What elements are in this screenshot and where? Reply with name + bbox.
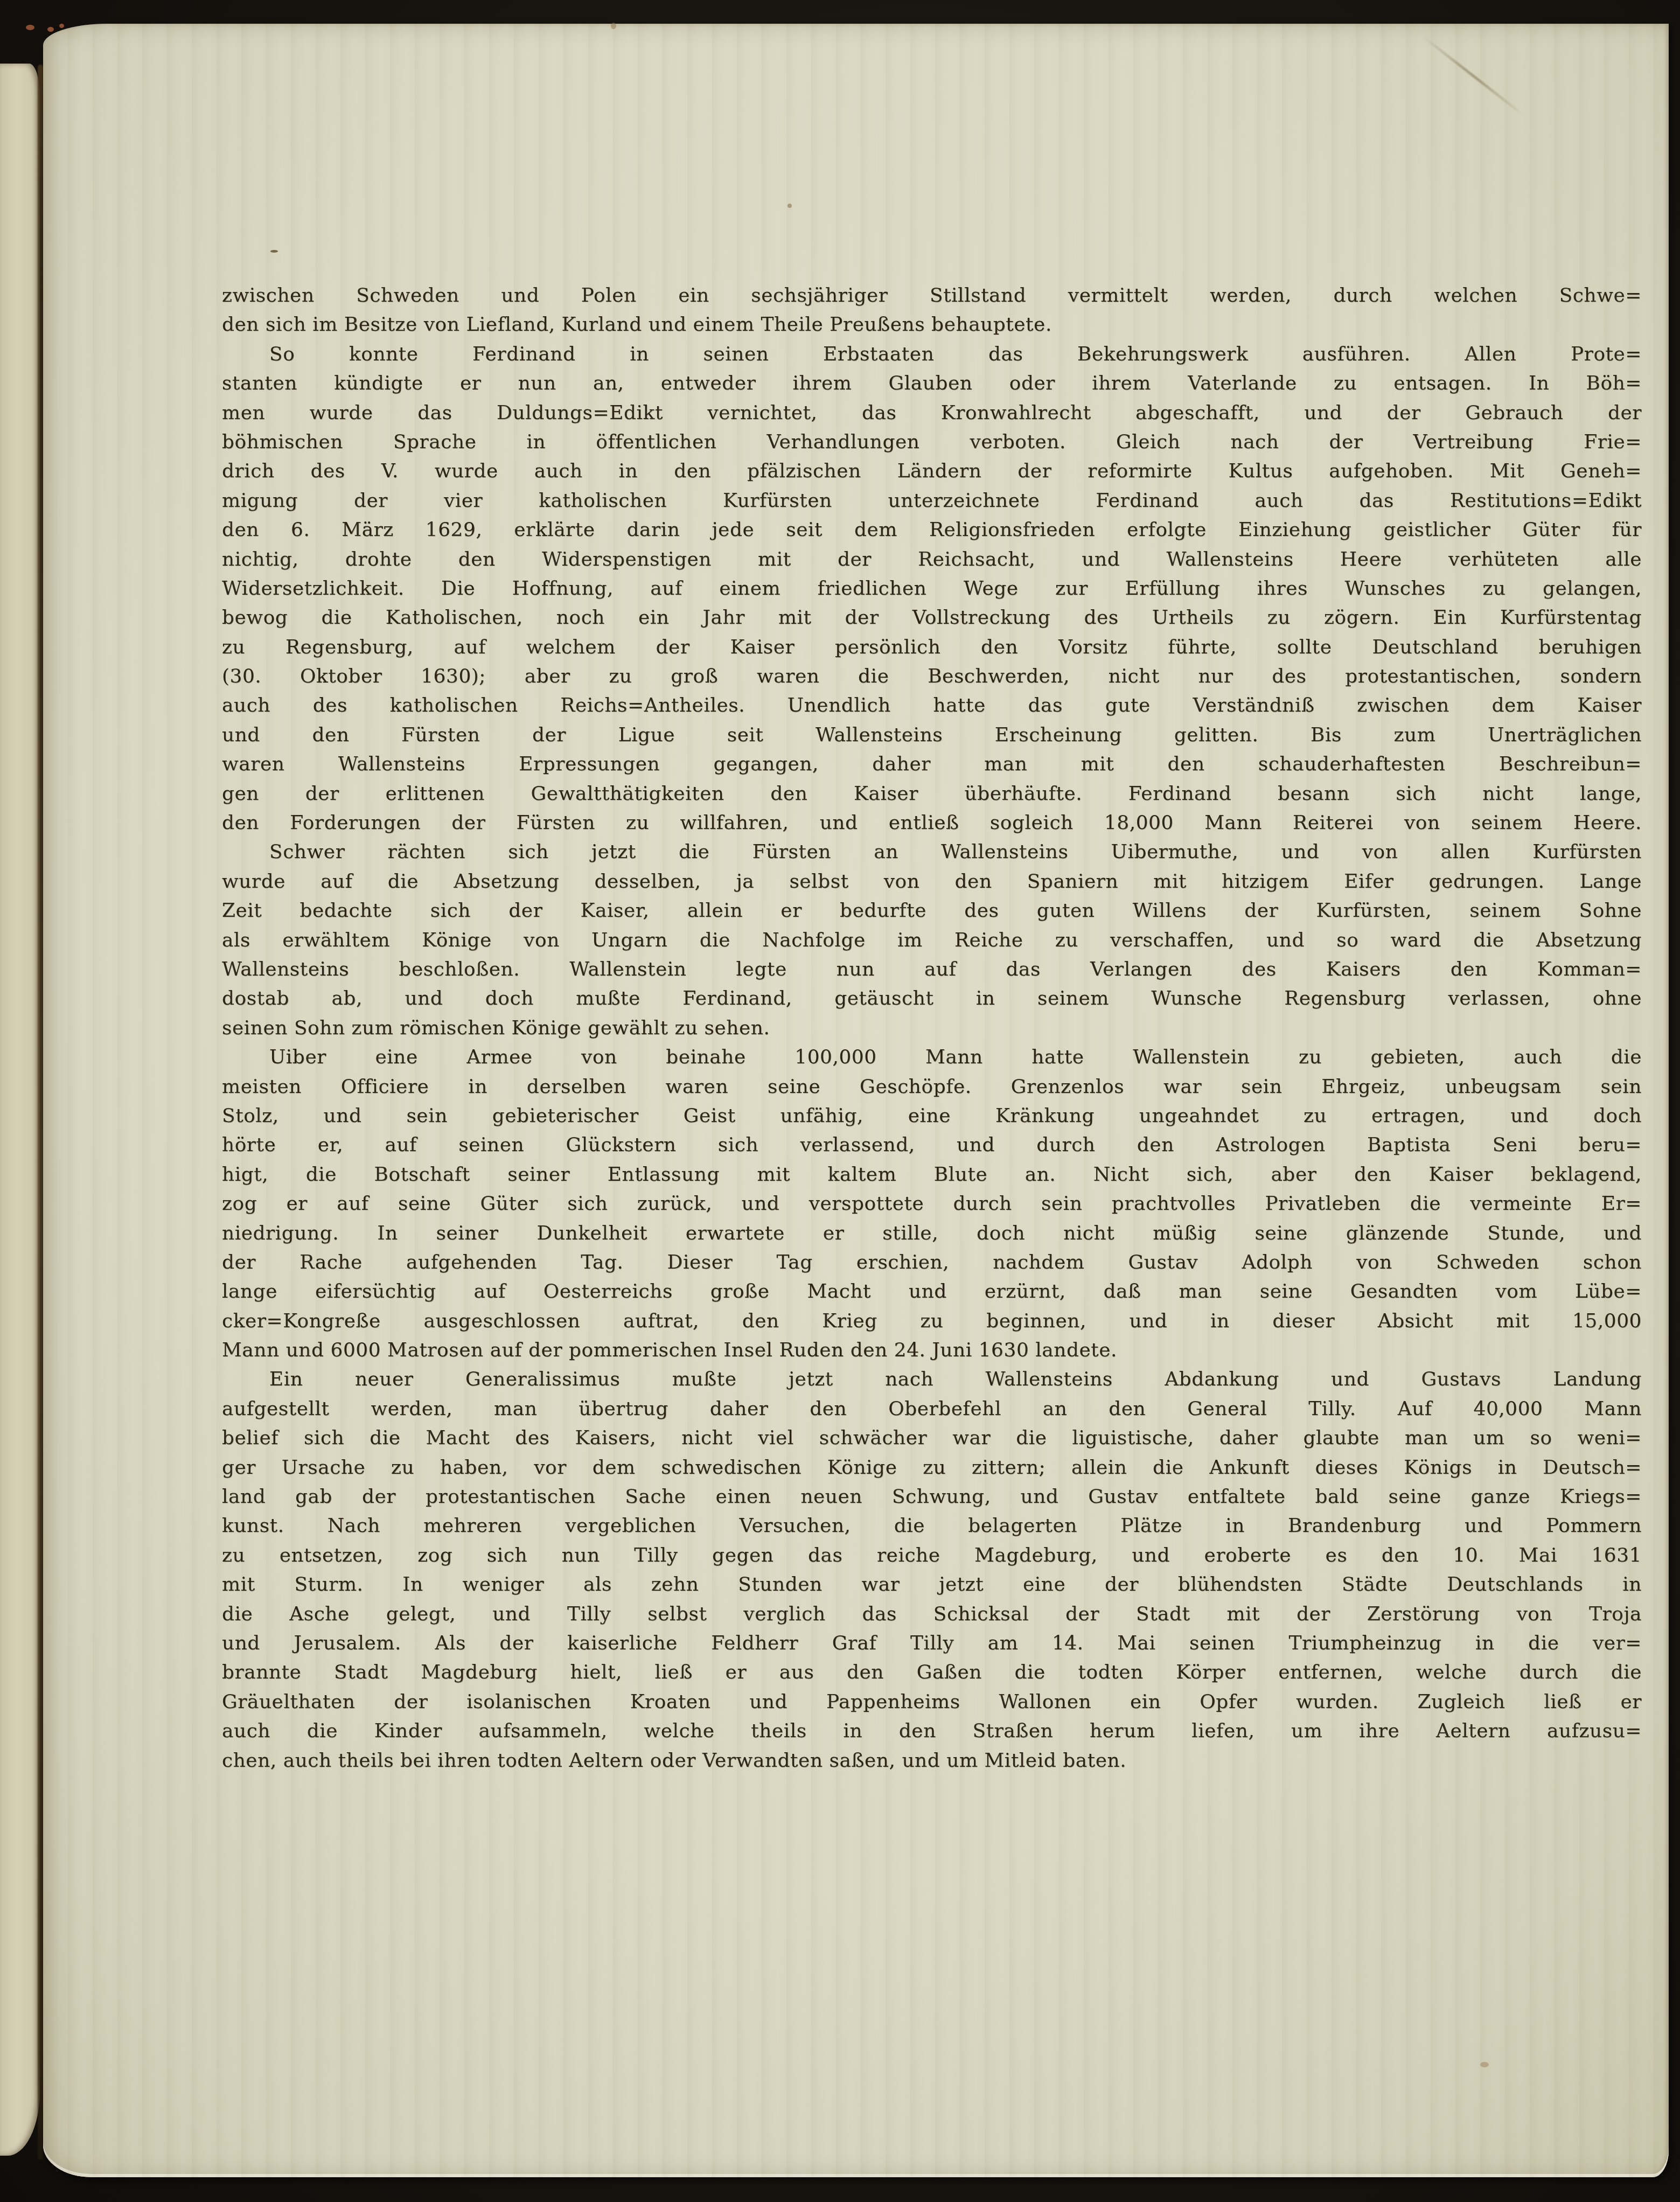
text-line: (30. Oktober 1630); aber zu groß waren d… — [222, 662, 1642, 691]
text-line: So konnte Ferdinand in seinen Erbstaaten… — [222, 340, 1642, 369]
text-line: kunst. Nach mehreren vergeblichen Versuc… — [222, 1511, 1642, 1541]
text-line: gen der erlittenen Gewaltthätigkeiten de… — [222, 779, 1642, 809]
text-line: Stolz, und sein gebieterischer Geist unf… — [222, 1102, 1642, 1131]
text-line: hörte er, auf seinen Glückstern sich ver… — [222, 1131, 1642, 1160]
text-line: Zeit bedachte sich der Kaiser, allein er… — [222, 896, 1642, 925]
text-line: aufgestellt werden, man übertrug daher d… — [222, 1395, 1642, 1424]
text-line: den 6. März 1629, erklärte darin jede se… — [222, 515, 1642, 545]
text-line: zu entsetzen, zog sich nun Tilly gegen d… — [222, 1541, 1642, 1570]
text-line: Widersetzlichkeit. Die Hoffnung, auf ein… — [222, 574, 1642, 603]
text-line: meisten Officiere in derselben waren sei… — [222, 1072, 1642, 1102]
text-line: zwischen Schweden und Polen ein sechsjäh… — [222, 281, 1642, 310]
book-page: zwischen Schweden und Polen ein sechsjäh… — [43, 24, 1669, 2177]
scanned-book-photo: zwischen Schweden und Polen ein sechsjäh… — [0, 0, 1680, 2202]
paper-speck — [1480, 2062, 1489, 2067]
text-line: Gräuelthaten der isolanischen Kroaten un… — [222, 1688, 1642, 1717]
text-line: Ein neuer Generalissimus mußte jetzt nac… — [222, 1365, 1642, 1394]
paper-speck — [787, 204, 792, 208]
text-line: auch die Kinder aufsammeln, welche theil… — [222, 1717, 1642, 1746]
paper-speck — [270, 250, 278, 253]
paper-speck — [611, 23, 616, 29]
text-line: zog er auf seine Güter sich zurück, und … — [222, 1189, 1642, 1218]
text-line: migung der vier katholischen Kurfürsten … — [222, 486, 1642, 515]
text-line: als erwähltem Könige von Ungarn die Nach… — [222, 926, 1642, 955]
text-line: den sich im Besitze von Liefland, Kurlan… — [222, 310, 1642, 339]
binding-stitch-speck — [59, 24, 64, 28]
text-line: die Asche gelegt, und Tilly selbst vergl… — [222, 1600, 1642, 1629]
text-block: zwischen Schweden und Polen ein sechsjäh… — [222, 281, 1642, 1775]
text-line: cker=Kongreße ausgeschlossen auftrat, de… — [222, 1307, 1642, 1336]
text-line: Schwer rächten sich jetzt die Fürsten an… — [222, 838, 1642, 867]
corner-crease-mark — [1421, 35, 1524, 117]
text-line: waren Wallensteins Erpressungen gegangen… — [222, 750, 1642, 779]
text-line: higt, die Botschaft seiner Entlassung mi… — [222, 1160, 1642, 1189]
text-line: chen, auch theils bei ihren todten Aelte… — [222, 1746, 1642, 1775]
text-line: Wallensteins beschloßen. Wallenstein leg… — [222, 955, 1642, 984]
book-gutter-shadow — [38, 65, 43, 2160]
text-line: mit Sturm. In weniger als zehn Stunden w… — [222, 1570, 1642, 1599]
text-line: drich des V. wurde auch in den pfälzisch… — [222, 457, 1642, 486]
text-line: bewog die Katholischen, noch ein Jahr mi… — [222, 603, 1642, 632]
text-line: den Forderungen der Fürsten zu willfahre… — [222, 809, 1642, 838]
text-line: und den Fürsten der Ligue seit Wallenste… — [222, 721, 1642, 750]
binding-stitch-speck — [47, 27, 54, 32]
text-line: und Jerusalem. Als der kaiserliche Feldh… — [222, 1629, 1642, 1658]
text-line: böhmischen Sprache in öffentlichen Verha… — [222, 428, 1642, 457]
text-line: der Rache aufgehenden Tag. Dieser Tag er… — [222, 1248, 1642, 1277]
text-line: land gab der protestantischen Sache eine… — [222, 1482, 1642, 1511]
text-line: auch des katholischen Reichs=Antheiles. … — [222, 691, 1642, 720]
text-line: zu Regensburg, auf welchem der Kaiser pe… — [222, 633, 1642, 662]
text-line: dostab ab, und doch mußte Ferdinand, get… — [222, 984, 1642, 1013]
text-line: Mann und 6000 Matrosen auf der pommerisc… — [222, 1336, 1642, 1365]
text-line: brannte Stadt Magdeburg hielt, ließ er a… — [222, 1658, 1642, 1687]
previous-page-edge — [0, 64, 40, 2156]
binding-stitch-speck — [26, 25, 34, 30]
text-line: wurde auf die Absetzung desselben, ja se… — [222, 867, 1642, 896]
text-line: men wurde das Duldungs=Edikt vernichtet,… — [222, 399, 1642, 428]
text-line: niedrigung. In seiner Dunkelheit erwarte… — [222, 1219, 1642, 1248]
text-line: nichtig, drohte den Widerspenstigen mit … — [222, 545, 1642, 574]
text-line: stanten kündigte er nun an, entweder ihr… — [222, 369, 1642, 398]
text-line: ger Ursache zu haben, vor dem schwedisch… — [222, 1453, 1642, 1482]
text-line: Uiber eine Armee von beinahe 100,000 Man… — [222, 1043, 1642, 1072]
text-line: lange eifersüchtig auf Oesterreichs groß… — [222, 1277, 1642, 1306]
text-line: seinen Sohn zum römischen Könige gewählt… — [222, 1014, 1642, 1043]
text-line: belief sich die Macht des Kaisers, nicht… — [222, 1424, 1642, 1453]
